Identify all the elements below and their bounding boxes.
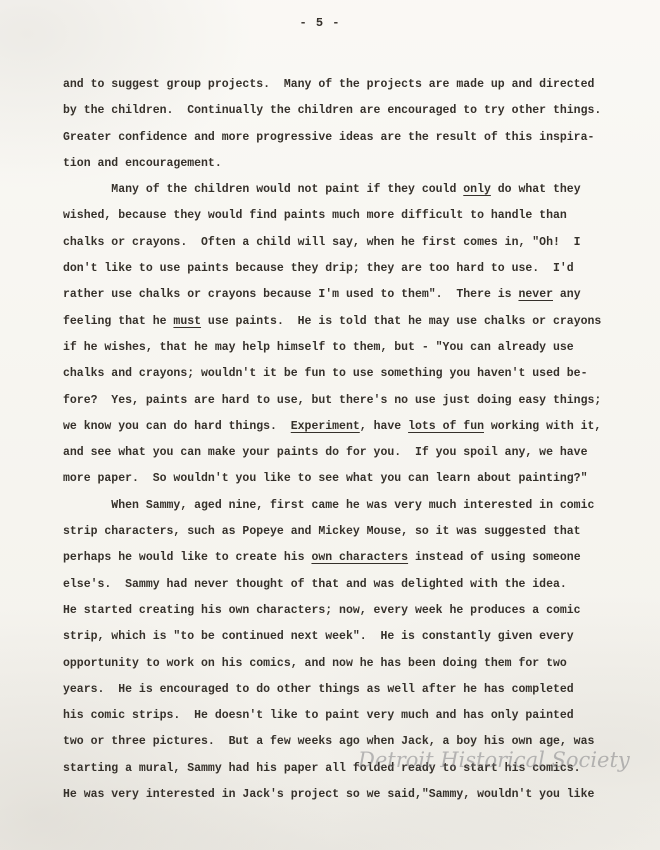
text-segment: strip characters, such as Popeye and Mic… [63, 525, 581, 538]
text-line: Many of the children would not paint if … [63, 177, 608, 203]
text-line: and see what you can make your paints do… [63, 440, 608, 466]
underlined-text: must [173, 315, 201, 328]
text-line: strip characters, such as Popeye and Mic… [63, 519, 608, 545]
text-segment: by the children. Continually the childre… [63, 104, 601, 117]
text-line: wished, because they would find paints m… [63, 203, 608, 229]
text-line: we know you can do hard things. Experime… [63, 414, 608, 440]
text-segment: years. He is encouraged to do other thin… [63, 683, 574, 696]
text-segment: chalks or crayons. Often a child will sa… [63, 236, 581, 249]
watermark: Detroit Historical Society [358, 748, 630, 772]
text-line: fore? Yes, paints are hard to use, but t… [63, 388, 608, 414]
document-text: and to suggest group projects. Many of t… [63, 72, 608, 808]
text-segment: Greater confidence and more progressive … [63, 131, 594, 144]
text-line: tion and encouragement. [63, 151, 608, 177]
underlined-text: Experiment [291, 420, 360, 433]
text-line: chalks or crayons. Often a child will sa… [63, 230, 608, 256]
page-number: - 5 - [299, 16, 340, 30]
text-segment: don't like to use paints because they dr… [63, 262, 574, 275]
underlined-text: never [518, 288, 553, 301]
text-segment: , have [360, 420, 408, 433]
text-segment: He started creating his own characters; … [63, 604, 581, 617]
text-segment: use paints. He is told that he may use c… [201, 315, 601, 328]
text-segment: chalks and crayons; wouldn't it be fun t… [63, 367, 588, 380]
text-line: and to suggest group projects. Many of t… [63, 72, 608, 98]
text-line: When Sammy, aged nine, first came he was… [63, 493, 608, 519]
text-segment: perhaps he would like to create his [63, 551, 311, 564]
text-segment: do what they [491, 183, 581, 196]
text-line: more paper. So wouldn't you like to see … [63, 466, 608, 492]
text-segment: instead of using someone [408, 551, 581, 564]
underlined-text: own characters [311, 551, 408, 564]
text-line: He was very interested in Jack's project… [63, 782, 608, 808]
text-segment: and see what you can make your paints do… [63, 446, 588, 459]
text-segment: opportunity to work on his comics, and n… [63, 657, 567, 670]
text-segment: more paper. So wouldn't you like to see … [63, 472, 588, 485]
text-segment: strip, which is "to be continued next we… [63, 630, 574, 643]
text-line: years. He is encouraged to do other thin… [63, 677, 608, 703]
text-segment: two or three pictures. But a few weeks a… [63, 735, 594, 748]
text-segment: his comic strips. He doesn't like to pai… [63, 709, 574, 722]
text-segment: rather use chalks or crayons because I'm… [63, 288, 518, 301]
underlined-text: only [463, 183, 491, 196]
text-line: don't like to use paints because they dr… [63, 256, 608, 282]
text-line: else's. Sammy had never thought of that … [63, 572, 608, 598]
text-segment: else's. Sammy had never thought of that … [63, 578, 567, 591]
text-segment: if he wishes, that he may help himself t… [63, 341, 574, 354]
text-line: feeling that he must use paints. He is t… [63, 309, 608, 335]
text-segment: feeling that he [63, 315, 173, 328]
text-segment: fore? Yes, paints are hard to use, but t… [63, 394, 601, 407]
text-segment: He was very interested in Jack's project… [63, 788, 594, 801]
text-line: his comic strips. He doesn't like to pai… [63, 703, 608, 729]
text-line: perhaps he would like to create his own … [63, 545, 608, 571]
text-segment: and to suggest group projects. Many of t… [63, 78, 594, 91]
text-segment: we know you can do hard things. [63, 420, 291, 433]
text-line: He started creating his own characters; … [63, 598, 608, 624]
text-segment: tion and encouragement. [63, 157, 222, 170]
text-line: chalks and crayons; wouldn't it be fun t… [63, 361, 608, 387]
text-segment: any [553, 288, 581, 301]
text-line: opportunity to work on his comics, and n… [63, 651, 608, 677]
text-line: by the children. Continually the childre… [63, 98, 608, 124]
text-segment: working with it, [484, 420, 601, 433]
underlined-text: lots of fun [408, 420, 484, 433]
text-segment: Many of the children would not paint if … [63, 183, 463, 196]
text-line: if he wishes, that he may help himself t… [63, 335, 608, 361]
text-line: rather use chalks or crayons because I'm… [63, 282, 608, 308]
text-line: Greater confidence and more progressive … [63, 125, 608, 151]
text-segment: wished, because they would find paints m… [63, 209, 567, 222]
text-line: strip, which is "to be continued next we… [63, 624, 608, 650]
text-segment: When Sammy, aged nine, first came he was… [63, 499, 594, 512]
